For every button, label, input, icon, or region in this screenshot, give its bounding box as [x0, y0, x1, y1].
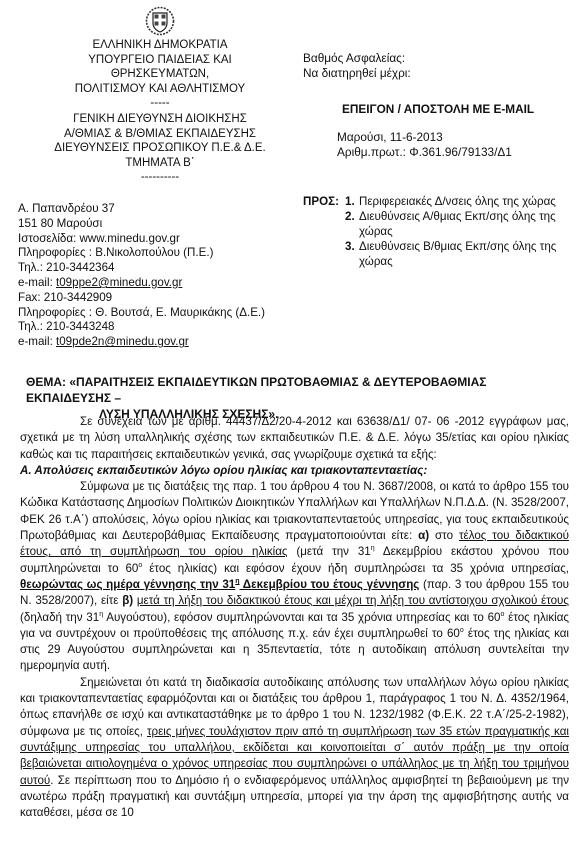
recipient-item: 2.Διευθύνσεις Α/θμιας Εκπ/σης όλης της χ…: [345, 209, 573, 239]
email-link-2[interactable]: t09pde2n@minedu.gov.gr: [56, 335, 189, 348]
email-label: e-mail:: [18, 276, 56, 289]
security-level: Βαθμός Ασφαλείας:: [303, 51, 411, 66]
ministry-line-1: ΥΠΟΥΡΓΕΙΟ ΠΑΙΔΕΙΑΣ ΚΑΙ ΘΡΗΣΚΕΥΜΑΤΩΝ,: [40, 53, 280, 82]
postcode-city: 151 80 Μαρούσι: [18, 217, 265, 232]
email-link-1[interactable]: t09ppe2@minedu.gov.gr: [56, 276, 182, 289]
fax: Fax: 210-3442909: [18, 291, 265, 306]
subject-line-1: ΘΕΜΑ: «ΠΑΡΑΙΤΗΣΕΙΣ ΕΚΠΑΙΔΕΥΤΙΚΩΝ ΠΡΩΤΟΒΑ…: [26, 375, 486, 405]
recipient-text: Διευθύνσεις Α/θμιας Εκπ/σης όλης της χώρ…: [359, 210, 556, 238]
recipient-text: Διευθύνσεις Β/θμιας Εκπ/σης όλης της χώρ…: [359, 240, 556, 268]
website-label: Ιστοσελίδα:: [18, 232, 80, 245]
email-line-1: e-mail: t09ppe2@minedu.gov.gr: [18, 276, 265, 291]
republic-title: ΕΛΛΗΝΙΚΗ ΔΗΜΟΚΡΑΤΙΑ: [40, 38, 280, 53]
info-contact-2: Πληροφορίες : Θ. Βουτσά, Ε. Μαυρικάκης (…: [18, 306, 265, 321]
protocol-number: Αριθμ.πρωτ.: Φ.361.96/79133/Δ1: [337, 145, 512, 160]
recipient-item: 1.Περιφερειακές Δ/νσεις όλης της χώρας: [345, 194, 573, 209]
info-contact-1: Πληροφορίες : Β.Νικολοπούλου (Π.Ε.): [18, 246, 265, 261]
website-line: Ιστοσελίδα: www.minedu.gov.gr: [18, 232, 265, 247]
ministry-line-2: ΠΟΛΙΤΙΣΜΟΥ ΚΑΙ ΑΘΛΗΤΙΣΜΟΥ: [40, 82, 280, 97]
street-address: Α. Παπανδρέου 37: [18, 202, 265, 217]
document-date: Μαρούσι, 11-6-2013: [337, 130, 512, 145]
date-protocol-block: Μαρούσι, 11-6-2013 Αριθμ.πρωτ.: Φ.361.96…: [337, 130, 512, 160]
directorate-line-4: ΤΜΗΜΑΤΑ Β΄: [40, 156, 280, 171]
recipient-number: 1.: [345, 194, 355, 209]
contact-block: Α. Παπανδρέου 37 151 80 Μαρούσι Ιστοσελί…: [18, 202, 265, 350]
directorate-line-2: Α/ΘΜΙΑΣ & Β/ΘΜΙΑΣ ΕΚΠΑΙΔΕΥΣΗΣ: [40, 127, 280, 142]
phone-1: Τηλ.: 210-3442364: [18, 261, 265, 276]
directorate-line-3: ΔΙΕΥΘΥΝΣΕΙΣ ΠΡΟΣΩΠΙΚΟΥ Π.Ε.& Δ.Ε.: [40, 141, 280, 156]
recipient-number: 2.: [345, 209, 355, 224]
separator: ----------: [40, 170, 280, 185]
greek-coat-of-arms-icon: [145, 6, 175, 36]
document-body: Σε συνέχεια των με αριθμ. 44437/Δ2/20-4-…: [20, 414, 569, 821]
recipient-number: 3.: [345, 239, 355, 254]
website-link[interactable]: www.minedu.gov.gr: [80, 232, 180, 245]
recipients-block: ΠΡΟΣ: 1.Περιφερειακές Δ/νσεις όλης της χ…: [303, 194, 573, 269]
paragraph-procedure: Σημειώνεται ότι κατά τη διαδικασία αυτοδ…: [20, 675, 569, 822]
directorate-line-1: ΓΕΝΙΚΗ ΔΙΕΥΘΥΝΣΗ ΔΙΟΙΚΗΣΗΣ: [40, 112, 280, 127]
recipient-text: Περιφερειακές Δ/νσεις όλης της χώρας: [359, 195, 556, 208]
directorate-header: ΓΕΝΙΚΗ ΔΙΕΥΘΥΝΣΗ ΔΙΟΙΚΗΣΗΣ Α/ΘΜΙΑΣ & Β/Θ…: [40, 112, 280, 185]
section-a-heading: Α. Απολύσεις εκπαιδευτικών λόγω ορίου ηλ…: [20, 463, 569, 479]
retain-until: Να διατηρηθεί μέχρι:: [303, 66, 411, 81]
paragraph-age-limit: Σύμφωνα με τις διατάξεις της παρ. 1 του …: [20, 479, 569, 675]
intro-paragraph: Σε συνέχεια των με αριθμ. 44437/Δ2/20-4-…: [20, 414, 569, 463]
issuer-header: ΕΛΛΗΝΙΚΗ ΔΗΜΟΚΡΑΤΙΑ ΥΠΟΥΡΓΕΙΟ ΠΑΙΔΕΙΑΣ Κ…: [40, 38, 280, 111]
email-label: e-mail:: [18, 335, 56, 348]
phone-2: Τηλ.: 210-3443248: [18, 320, 265, 335]
separator: -----: [40, 96, 280, 111]
urgent-label: ΕΠΕΙΓΟΝ / ΑΠΟΣΤΟΛΗ ΜΕ E-MAIL: [342, 102, 534, 116]
recipients-list: 1.Περιφερειακές Δ/νσεις όλης της χώρας 2…: [303, 194, 573, 269]
email-line-2: e-mail: t09pde2n@minedu.gov.gr: [18, 335, 265, 350]
classification-block: Βαθμός Ασφαλείας: Να διατηρηθεί μέχρι:: [303, 51, 411, 81]
recipient-item: 3.Διευθύνσεις Β/θμιας Εκπ/σης όλης της χ…: [345, 239, 573, 269]
recipients-label: ΠΡΟΣ:: [303, 194, 339, 209]
